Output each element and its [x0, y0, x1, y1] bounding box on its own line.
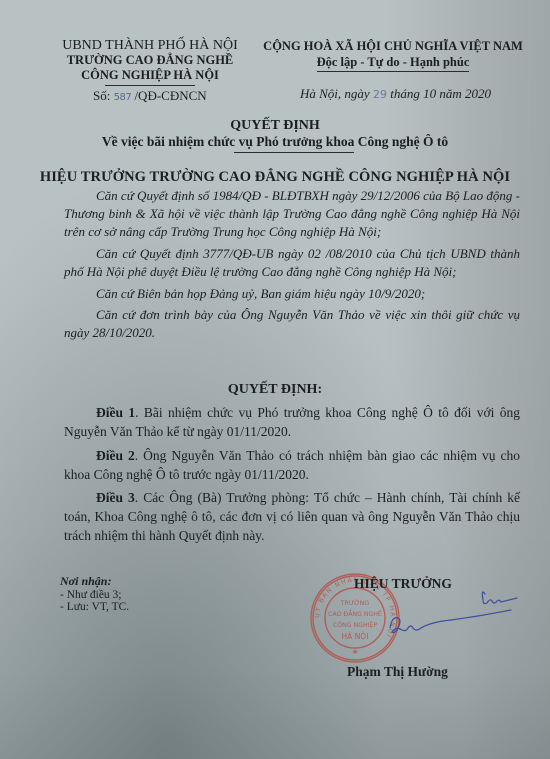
- document-number-label: Số:: [93, 88, 110, 103]
- issuer-underline: [105, 85, 195, 86]
- signatory-name: Phạm Thị Hường: [347, 664, 448, 680]
- date-suffix: tháng 10 năm 2020: [390, 86, 491, 101]
- legal-basis-2: Căn cứ Quyết định 3777/QĐ-UB ngày 02 /08…: [64, 245, 520, 281]
- date-prefix: Hà Nội, ngày: [300, 86, 370, 101]
- svg-text:★: ★: [352, 648, 358, 656]
- svg-text:HÀ NỘI: HÀ NỘI: [342, 632, 369, 641]
- article-3-label: Điều 3: [96, 490, 135, 505]
- document-number-suffix: /QĐ-CĐNCN: [134, 88, 206, 103]
- issuing-authority: HIỆU TRƯỞNG TRƯỜNG CAO ĐẲNG NGHỀ CÔNG NG…: [0, 169, 550, 186]
- legal-basis-3: Căn cứ Biên bản họp Đảng uỷ, Ban giám hi…: [64, 285, 520, 303]
- article-1-label: Điều 1: [96, 405, 135, 420]
- svg-text:CAO ĐẲNG NGHỀ: CAO ĐẲNG NGHỀ: [328, 608, 382, 618]
- country-name: CỘNG HOÀ XÃ HỘI CHỦ NGHĨA VIỆT NAM: [262, 38, 524, 54]
- legal-basis-1: Căn cứ Quyết định số 1984/QĐ - BLĐTBXH n…: [64, 187, 520, 241]
- recipient-item: - Như điều 3;: [60, 589, 129, 602]
- recipient-item: - Lưu: VT, TC.: [60, 601, 129, 614]
- issuer-org-line1: TRƯỜNG CAO ĐẲNG NGHỀ: [55, 53, 245, 68]
- article-2-label: Điều 2: [96, 448, 135, 463]
- issuer-org-line2: CÔNG NGHIỆP HÀ NỘI: [55, 68, 245, 83]
- article-2: Điều 2. Ông Nguyễn Văn Thảo có trách nhi…: [64, 446, 520, 484]
- document-number-handwritten: 587: [114, 92, 132, 103]
- subject-underline: [234, 152, 354, 153]
- document-subject: Về việc bãi nhiệm chức vụ Phó trưởng kho…: [0, 134, 550, 150]
- document-number: Số: 587 /QĐ-CĐNCN: [93, 88, 207, 104]
- issuer-parent-org: UBND THÀNH PHỐ HÀ NỘI: [55, 38, 245, 53]
- legal-basis-4: Căn cứ đơn trình bày của Ông Nguyễn Văn …: [64, 306, 520, 342]
- document-type-heading: QUYẾT ĐỊNH: [0, 118, 550, 134]
- article-3: Điều 3. Các Ông (Bà) Trưởng phòng: Tổ ch…: [64, 488, 520, 545]
- national-motto: Độc lập - Tự do - Hạnh phúc: [317, 54, 470, 72]
- recipients-heading: Nơi nhận: [60, 574, 107, 588]
- recipients-block: Nơi nhận: - Như điều 3; - Lưu: VT, TC.: [60, 575, 129, 614]
- document-date: Hà Nội, ngày 29 tháng 10 năm 2020: [300, 86, 491, 102]
- decision-heading: QUYẾT ĐỊNH:: [0, 382, 550, 398]
- handwritten-signature-icon: [380, 580, 520, 650]
- svg-text:TRƯỜNG: TRƯỜNG: [340, 598, 370, 607]
- national-motto-header: CỘNG HOÀ XÃ HỘI CHỦ NGHĨA VIỆT NAM Độc l…: [262, 38, 524, 72]
- issuer-header: UBND THÀNH PHỐ HÀ NỘI TRƯỜNG CAO ĐẲNG NG…: [55, 38, 245, 86]
- article-1: Điều 1. Bãi nhiệm chức vụ Phó trưởng kho…: [64, 403, 520, 441]
- date-day-handwritten: 29: [373, 88, 387, 101]
- svg-text:CÔNG NGHIỆP: CÔNG NGHIỆP: [333, 620, 377, 629]
